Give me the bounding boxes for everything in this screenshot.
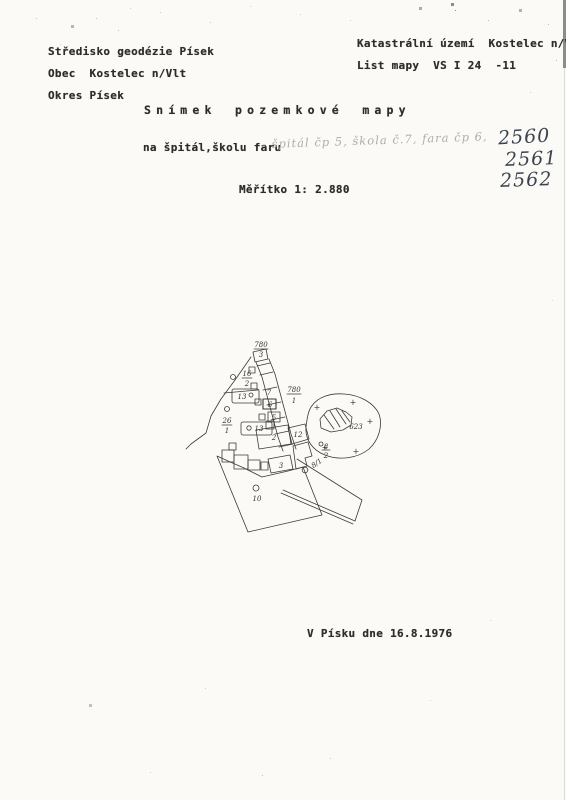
cross-symbol-1: + [314,403,321,412]
row-building-1 [222,450,234,462]
cross-symbol-3: + [367,417,374,426]
label-7: 7 [267,389,272,397]
tree-symbol-3 [249,393,253,397]
label-780-1-den: 1 [292,397,296,405]
road-line-1 [283,490,355,521]
label-26-1-den: 1 [225,427,229,435]
header-left-block: Středisko geodézie Písek Obec Kostelec n… [48,41,214,107]
label-16-2-num: 16 [243,370,252,378]
label-12: 12 [294,431,303,439]
label-780-1-num: 780 [287,386,301,394]
map-sheet: List mapy VS I 24 -11 [357,55,566,77]
map-scale: Měřítko 1: 2.880 [239,183,350,196]
tree-symbol-5 [253,485,259,491]
label-623: 623 [349,423,363,431]
label-26-1-num: 26 [222,417,232,425]
scan-edge-line [564,68,565,800]
scanned-document-page: Středisko geodézie Písek Obec Kostelec n… [0,0,566,800]
step-building [293,442,312,469]
label-8-1: 8/1 [310,457,324,470]
tree-symbol-1 [231,375,236,380]
scan-noise-speckles [0,0,1,1]
strip-annex-4 [259,414,265,420]
label-780-3-num: 780 [254,341,268,349]
strip-annex-3 [255,399,261,405]
office-name: Středisko geodézie Písek [48,41,214,63]
subject-typed-text: na špitál,školu faru [143,141,281,154]
label-16-2-den: 2 [244,380,250,388]
cadastral-area: Katastrální území Kostelec n/Vlt. [357,33,566,55]
label-3: 3 [279,462,284,470]
label-780-3-den: 3 [259,351,264,359]
label-13a: 13 [238,393,247,401]
tree-symbol-2 [225,407,230,412]
header-right-block: Katastrální území Kostelec n/Vlt. List m… [357,33,566,77]
building-3-annex [261,462,268,470]
municipality: Obec Kostelec n/Vlt [48,63,214,85]
cross-symbol-5: + [353,447,360,456]
label-8-2-den: 2 [323,452,329,460]
tree-symbol-4 [247,426,251,430]
road-line-2 [281,493,353,524]
row-building-3 [248,460,260,470]
label-5: 5 [272,414,277,422]
date-line: V Písku dne 16.8.1976 [307,627,452,640]
cadastral-map-sketch: 780 3 16 2 7 6 5 13 13 26 1 780 1 2 12 8… [183,330,478,540]
label-10: 10 [253,495,262,503]
document-title: Snímek pozemkové mapy [144,103,411,117]
label-13b: 13 [255,425,264,433]
label-2: 2 [271,434,277,442]
pencil-annotation: - špitál čp 5, škola č.7, fara čp 6, [262,129,502,151]
row-building-annex [229,443,236,450]
cross-symbol-2: + [350,398,357,407]
label-6: 6 [268,401,273,409]
parcel-number-2560: 2560 [497,125,550,150]
strip-annex-2 [251,383,257,389]
parcel-number-2562: 2562 [500,168,553,192]
cross-symbol-4: + [322,443,329,452]
